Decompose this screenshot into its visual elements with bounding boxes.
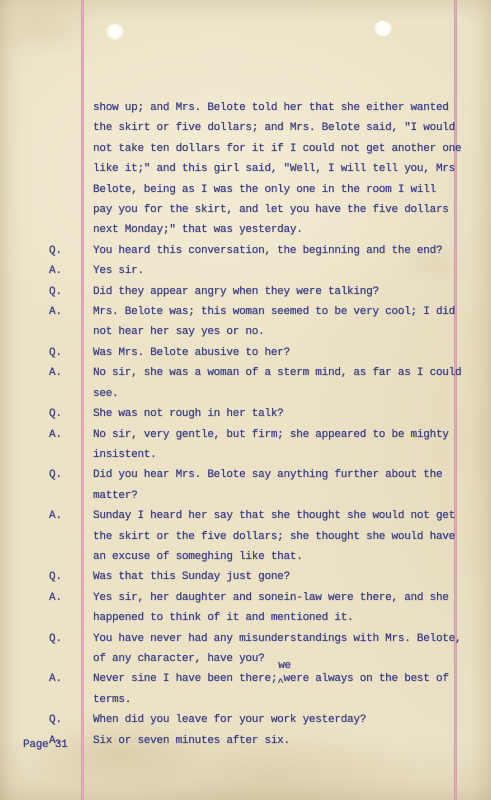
transcript-line: Did they appear angry when they were tal… — [93, 282, 491, 302]
speaker-label: Q. — [49, 629, 93, 649]
transcript-entry: A.No sir, she was a woman of a sterm min… — [49, 363, 491, 404]
speaker-label: Q. — [49, 282, 93, 302]
speaker-label: Q. — [49, 465, 93, 485]
transcript-entry: A.Yes sir, her daughter and sonein-law w… — [49, 588, 491, 629]
transcript-text: Was Mrs. Belote abusive to her? — [93, 343, 491, 363]
transcript-text: show up; and Mrs. Belote told her that s… — [93, 98, 491, 241]
transcript-line: insistent. — [93, 445, 491, 465]
transcript-line: terms. — [93, 690, 491, 710]
transcript-line: Six or seven minutes after six. — [93, 731, 491, 751]
transcript-text: Yes sir. — [93, 261, 491, 281]
transcript-line: show up; and Mrs. Belote told her that s… — [93, 98, 491, 118]
transcript-body: show up; and Mrs. Belote told her that s… — [49, 98, 491, 751]
transcript-entry: Q.You heard this conversation, the begin… — [49, 241, 491, 261]
transcript-entry: Q.Was Mrs. Belote abusive to her? — [49, 343, 491, 363]
transcript-text: Did you hear Mrs. Belote say anything fu… — [93, 465, 491, 506]
transcript-entry: Q.She was not rough in her talk? — [49, 404, 491, 424]
transcript-entry: A.Yes sir. — [49, 261, 491, 281]
transcript-text: Mrs. Belote was; this woman seemed to be… — [93, 302, 491, 343]
transcript-text: Did they appear angry when they were tal… — [93, 282, 491, 302]
transcript-line: Yes sir. — [93, 261, 491, 281]
transcript-text: You have never had any misunderstandings… — [93, 629, 491, 670]
transcript-text: Never sine I have been there;we^were alw… — [93, 669, 491, 710]
speaker-label: A. — [49, 425, 93, 445]
transcript-line: of any character, have you? — [93, 649, 491, 669]
transcript-line: the skirt or five dollars; and Mrs. Belo… — [93, 118, 491, 138]
speaker-label: A. — [49, 669, 93, 689]
transcript-line: Was Mrs. Belote abusive to her? — [93, 343, 491, 363]
transcript-line: You have never had any misunderstandings… — [93, 629, 491, 649]
page-number-label: Page 31 — [23, 739, 67, 751]
transcript-text: Sunday I heard her say that she thought … — [93, 506, 491, 567]
transcript-line: Yes sir, her daughter and sonein-law wer… — [93, 588, 491, 608]
speaker-label: Q. — [49, 567, 93, 587]
transcript-entry: A.No sir, very gentle, but firm; she app… — [49, 425, 491, 466]
transcript-line: see. — [93, 384, 491, 404]
transcript-entry: Q.Was that this Sunday just gone? — [49, 567, 491, 587]
speaker-label: A. — [49, 506, 93, 526]
speaker-label: Q. — [49, 404, 93, 424]
transcript-line: an excuse of someghing like that. — [93, 547, 491, 567]
punch-hole-right — [374, 21, 392, 37]
transcript-entry: A.Six or seven minutes after six. — [49, 731, 491, 751]
transcript-line: pay you for the skirt, and let you have … — [93, 200, 491, 220]
transcript-text: Six or seven minutes after six. — [93, 731, 491, 751]
speaker-label: A. — [49, 261, 93, 281]
transcript-line: She was not rough in her talk? — [93, 404, 491, 424]
speaker-label: Q. — [49, 343, 93, 363]
transcript-text: Yes sir, her daughter and sonein-law wer… — [93, 588, 491, 629]
transcript-line: the skirt or the five dollars; she thoug… — [93, 527, 491, 547]
transcript-line: You heard this conversation, the beginni… — [93, 241, 491, 261]
transcript-line: not take ten dollars for it if I could n… — [93, 139, 491, 159]
document-page: show up; and Mrs. Belote told her that s… — [0, 0, 491, 800]
transcript-line: No sir, she was a woman of a sterm mind,… — [93, 363, 491, 383]
transcript-text: No sir, very gentle, but firm; she appea… — [93, 425, 491, 466]
transcript-text: You heard this conversation, the beginni… — [93, 241, 491, 261]
speaker-label: Q. — [49, 710, 93, 730]
inserted-word-annotation: we^ — [277, 669, 283, 689]
transcript-entry: A.Sunday I heard her say that she though… — [49, 506, 491, 567]
transcript-text: When did you leave for your work yesterd… — [93, 710, 491, 730]
transcript-line: When did you leave for your work yesterd… — [93, 710, 491, 730]
punch-hole-left — [106, 24, 124, 40]
transcript-text: She was not rough in her talk? — [93, 404, 491, 424]
transcript-entry: A.Mrs. Belote was; this woman seemed to … — [49, 302, 491, 343]
transcript-line: happened to think of it and mentioned it… — [93, 608, 491, 628]
transcript-line: Never sine I have been there;we^were alw… — [93, 669, 491, 689]
transcript-line: No sir, very gentle, but firm; she appea… — [93, 425, 491, 445]
transcript-entry: Q.Did you hear Mrs. Belote say anything … — [49, 465, 491, 506]
transcript-line: matter? — [93, 486, 491, 506]
transcript-entry: show up; and Mrs. Belote told her that s… — [49, 98, 491, 241]
transcript-line: not hear her say yes or no. — [93, 322, 491, 342]
transcript-line: Was that this Sunday just gone? — [93, 567, 491, 587]
speaker-label: A. — [49, 588, 93, 608]
transcript-line: Mrs. Belote was; this woman seemed to be… — [93, 302, 491, 322]
transcript-entry: A.Never sine I have been there;we^were a… — [49, 669, 491, 710]
transcript-entry: Q.Did they appear angry when they were t… — [49, 282, 491, 302]
transcript-entry: Q.When did you leave for your work yeste… — [49, 710, 491, 730]
transcript-text: No sir, she was a woman of a sterm mind,… — [93, 363, 491, 404]
speaker-label: A. — [49, 363, 93, 383]
caret-icon: ^ — [277, 674, 283, 692]
transcript-line: next Monday;" that was yesterday. — [93, 220, 491, 240]
transcript-line: Belote, being as I was the only one in t… — [93, 180, 491, 200]
transcript-text: Was that this Sunday just gone? — [93, 567, 491, 587]
speaker-label: A. — [49, 302, 93, 322]
speaker-label: Q. — [49, 241, 93, 261]
transcript-line: Sunday I heard her say that she thought … — [93, 506, 491, 526]
transcript-line: like it;" and this girl said, "Well, I w… — [93, 159, 491, 179]
transcript-entry: Q.You have never had any misunderstandin… — [49, 629, 491, 670]
transcript-line: Did you hear Mrs. Belote say anything fu… — [93, 465, 491, 485]
